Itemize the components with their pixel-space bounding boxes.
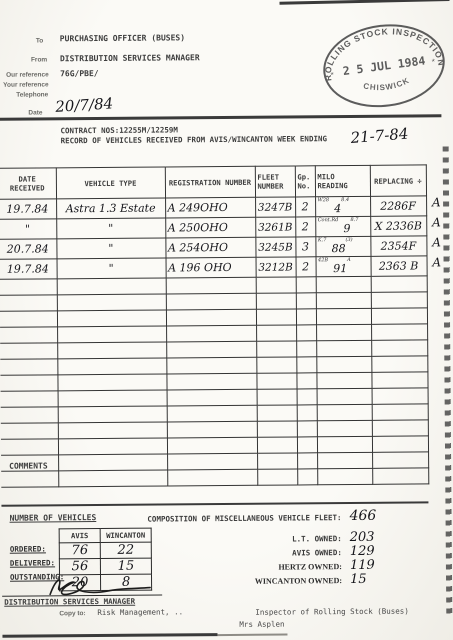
cell-replacing: X 2336BA: [370, 216, 426, 236]
empty-cell: [317, 468, 372, 484]
empty-cell: [167, 405, 257, 422]
empty-cell: [0, 295, 57, 311]
fleet-composition-block: COMPOSITION OF MISCELLANEOUS VEHICLE FLE…: [61, 508, 400, 589]
wincanton-owned-line: WINCANTON OWNED: 15: [62, 572, 400, 589]
margin-annotation: A: [432, 195, 441, 209]
empty-cell: [257, 405, 297, 421]
col-header-registration-number: REGISTRATION NUMBER: [165, 166, 255, 198]
copy-to-value: Risk Management, ..: [97, 607, 183, 617]
empty-cell: [371, 324, 427, 340]
empty-cell: [167, 453, 257, 470]
empty-cell: [166, 341, 256, 358]
empty-cell: [57, 358, 166, 375]
milo-value: 9: [343, 222, 350, 235]
cell-fleet: 3261B: [255, 217, 295, 237]
empty-cell: [257, 389, 297, 405]
empty-cell: [316, 308, 371, 324]
empty-cell: [296, 309, 316, 325]
empty-cell: [166, 373, 256, 390]
vehicles-received-table: DATE RECEIVED VEHICLE TYPE REGISTRATION …: [0, 164, 429, 487]
col-header-fleet-number: FLEET NUMBER: [255, 166, 295, 197]
empty-cell: [256, 357, 296, 373]
empty-cell: [256, 341, 296, 357]
empty-cell: [58, 422, 167, 439]
empty-cell: [256, 277, 296, 293]
margin-annotation: A: [432, 235, 441, 249]
empty-cell: [317, 436, 372, 452]
col-header-date-received: DATE RECEIVED: [0, 168, 56, 199]
col-header-milo-reading: MILO READING: [315, 165, 370, 196]
empty-cell: [371, 292, 427, 308]
cell-registration: A 250OHO: [165, 217, 255, 238]
empty-cell: [256, 373, 296, 389]
comments-divider-rule: [1, 501, 428, 506]
cell-vehicle-type: ": [56, 218, 165, 239]
handwritten-date: 20/7/84: [55, 94, 114, 115]
milo-value: 91: [333, 262, 347, 275]
empty-cell: [57, 326, 166, 343]
empty-cell: [296, 277, 316, 293]
cell-date: 19.7.84: [0, 259, 57, 279]
cell-gp-no: 3: [295, 237, 315, 257]
empty-cell: [316, 324, 371, 340]
empty-cell: [317, 388, 372, 404]
scan-artifact-bottom-line: [2, 633, 217, 638]
empty-cell: [372, 436, 428, 452]
cell-date: ": [0, 219, 56, 239]
empty-cell: [257, 421, 297, 437]
empty-cell: [166, 309, 256, 326]
empty-cell: [0, 327, 57, 343]
empty-cell: [256, 293, 296, 309]
our-reference-value: 76G/PBE/: [60, 69, 99, 78]
empty-cell: [296, 357, 316, 373]
delivered-label: DELIVERED:: [10, 558, 55, 567]
handwritten-week-ending: 21-7-84: [350, 125, 409, 147]
empty-cell: [166, 325, 256, 342]
cell-date: 19.7.84: [0, 199, 56, 219]
comments-label: COMMENTS: [9, 461, 48, 470]
col-header-gp-no: Gp. No.: [295, 166, 315, 197]
empty-cell: [167, 389, 257, 406]
empty-cell: [0, 343, 57, 359]
ordered-label: ORDERED:: [10, 544, 46, 553]
empty-cell: [257, 469, 297, 485]
cell-fleet: 3247B: [255, 197, 295, 217]
milo-note-pre: Cont.Rd: [318, 217, 339, 223]
cell-milo-reading: Cont.Rd 98.7: [315, 216, 370, 236]
empty-cell: [297, 453, 317, 469]
fleet-total-value: 466: [341, 508, 399, 524]
empty-cell: [1, 439, 58, 455]
empty-cell: [296, 293, 316, 309]
hertz-owned-label: HERTZ OWNED:: [278, 562, 342, 571]
empty-cell: [316, 356, 371, 372]
cell-registration: A 249OHO: [165, 197, 255, 218]
empty-cell: [297, 405, 317, 421]
scanned-document-page: To PURCHASING OFFICER (BUSES) From DISTR…: [0, 0, 453, 640]
cell-vehicle-type: Astra 1.3 Estate: [56, 198, 165, 219]
empty-cell: [371, 356, 427, 372]
fleet-composition-title: COMPOSITION OF MISCELLANEOUS VEHICLE FLE…: [147, 513, 341, 524]
inspector-of-rolling-stock: Inspector of Rolling Stock (Buses): [255, 607, 409, 617]
empty-cell: [317, 404, 372, 420]
wincanton-owned-value: 15: [342, 572, 400, 587]
col-header-vehicle-type: VEHICLE TYPE: [56, 167, 165, 199]
scan-artifact-bottom-line-faded: [217, 634, 287, 637]
empty-cell: [317, 420, 372, 436]
empty-cell: [297, 389, 317, 405]
cell-milo-reading: K.7 88(3): [315, 236, 370, 256]
cell-vehicle-type: ": [56, 238, 165, 259]
empty-cell: [167, 437, 257, 454]
empty-cell: [0, 375, 57, 391]
empty-cell: [372, 452, 428, 468]
cell-milo-reading: W28 48.4: [315, 196, 370, 216]
cell-replacing: 2354FA: [370, 236, 426, 256]
empty-cell: [1, 407, 58, 423]
mrs-asplen: Mrs Asplen: [239, 620, 284, 629]
empty-cell: [296, 341, 316, 357]
empty-cell: [58, 454, 167, 471]
to-value: PURCHASING OFFICER (BUSES): [60, 33, 185, 43]
milo-note-pre: W28: [318, 197, 330, 203]
empty-cell: [1, 471, 58, 487]
binding-edge-marks: [443, 146, 453, 614]
contract-numbers-line: CONTRACT NOS:12255M/12259M: [60, 125, 177, 135]
cell-registration: A 196 OHO: [166, 257, 256, 278]
milo-note-post: (3): [345, 237, 352, 243]
empty-cell: [316, 276, 371, 292]
empty-cell: [296, 373, 316, 389]
empty-cell: [297, 437, 317, 453]
scan-artifact-top-line: [279, 0, 449, 5]
empty-cell: [166, 293, 256, 310]
empty-cell: [316, 340, 371, 356]
cell-milo-reading: 42B 91A: [316, 256, 371, 276]
empty-cell: [58, 390, 167, 407]
milo-value: 4: [334, 202, 341, 215]
lt-owned-label: L.T. OWNED:: [292, 534, 342, 543]
milo-note-post: 8.4: [341, 197, 349, 203]
empty-cell: [316, 372, 371, 388]
col-header-replacing: REPLACING ÷: [370, 165, 426, 196]
rolling-stock-inspection-stamp: ROLLING STOCK INSPECTION 2 5 JUL 1984 CH…: [312, 11, 453, 121]
to-label: To: [36, 37, 44, 44]
svg-text:CHISWICK: CHISWICK: [361, 75, 411, 95]
milo-value: 88: [332, 242, 346, 255]
empty-cell: [57, 294, 166, 311]
empty-cell: [257, 453, 297, 469]
cell-gp-no: 2: [295, 197, 315, 217]
cell-registration: A 254OHO: [165, 237, 255, 258]
cell-replacing: 2286FA: [370, 196, 426, 216]
empty-cell: [297, 421, 317, 437]
distribution-services-manager: DISTRIBUTION SERVICES MANAGER: [4, 597, 135, 607]
empty-cell: [256, 309, 296, 325]
empty-cell: [257, 437, 297, 453]
from-value: DISTRIBUTION SERVICES MANAGER: [60, 53, 200, 63]
empty-cell: [371, 340, 427, 356]
empty-cell: [316, 292, 371, 308]
empty-cell: [1, 391, 58, 407]
empty-cell: [372, 468, 428, 484]
stamp-bottom-text: CHISWICK: [361, 75, 411, 95]
date-label: Date: [28, 109, 42, 116]
empty-cell: [256, 325, 296, 341]
margin-annotation: A: [432, 255, 441, 269]
avis-owned-label: AVIS OWNED:: [292, 548, 342, 557]
from-label: From: [31, 56, 47, 63]
empty-cell: [371, 308, 427, 324]
paper-sheet: To PURCHASING OFFICER (BUSES) From DISTR…: [0, 0, 453, 640]
cell-date: 20.7.84: [0, 239, 57, 259]
empty-cell: [372, 388, 428, 404]
wincanton-owned-label: WINCANTON OWNED:: [255, 576, 342, 586]
milo-note-pre: K.7: [318, 237, 327, 243]
empty-cell: [57, 278, 166, 295]
empty-cell: [0, 279, 57, 295]
stamp-date: 2 5 JUL 1984: [342, 53, 426, 78]
our-reference-label: Our reference: [6, 71, 49, 78]
record-of-vehicles-line: RECORD OF VEHICLES RECEIVED FROM AVIS/WI…: [61, 134, 327, 145]
empty-cell: [0, 359, 57, 375]
cell-gp-no: 2: [296, 257, 316, 277]
empty-cell: [371, 276, 427, 292]
empty-cell: [57, 374, 166, 391]
empty-cell: [167, 421, 257, 438]
your-reference-label: Your reference: [3, 81, 48, 88]
empty-cell: [167, 469, 257, 486]
empty-cell: [0, 311, 57, 327]
empty-cell: [297, 469, 317, 485]
margin-annotation: A: [432, 215, 441, 229]
empty-cell: [317, 452, 372, 468]
milo-note-post: 8.7: [350, 217, 358, 223]
empty-cell: [372, 404, 428, 420]
fleet-composition-total-line: COMPOSITION OF MISCELLANEOUS VEHICLE FLE…: [61, 508, 399, 533]
telephone-label: Telephone: [16, 91, 48, 98]
cell-gp-no: 2: [295, 217, 315, 237]
cell-fleet: 3245B: [255, 237, 295, 257]
cell-replacing: 2363 BA: [371, 256, 427, 276]
empty-cell: [166, 357, 256, 374]
stamp-left-mark: *: [330, 70, 334, 79]
empty-cell: [58, 470, 167, 487]
empty-cell: [58, 406, 167, 423]
milo-note-post: A: [347, 257, 351, 263]
empty-cell: [371, 372, 427, 388]
empty-cell: [57, 310, 166, 327]
cell-vehicle-type: ": [57, 258, 166, 279]
empty-cell: [1, 423, 58, 439]
milo-note-pre: 42B: [318, 257, 328, 263]
empty-cell: [372, 420, 428, 436]
table-header-row: DATE RECEIVED VEHICLE TYPE REGISTRATION …: [0, 165, 426, 199]
copy-to-label: Copy to:: [59, 610, 85, 617]
empty-table-row: [1, 468, 428, 487]
empty-cell: [57, 342, 166, 359]
empty-cell: [296, 325, 316, 341]
empty-cell: [58, 438, 167, 455]
cell-fleet: 3212B: [256, 257, 296, 277]
empty-cell: [166, 277, 256, 294]
